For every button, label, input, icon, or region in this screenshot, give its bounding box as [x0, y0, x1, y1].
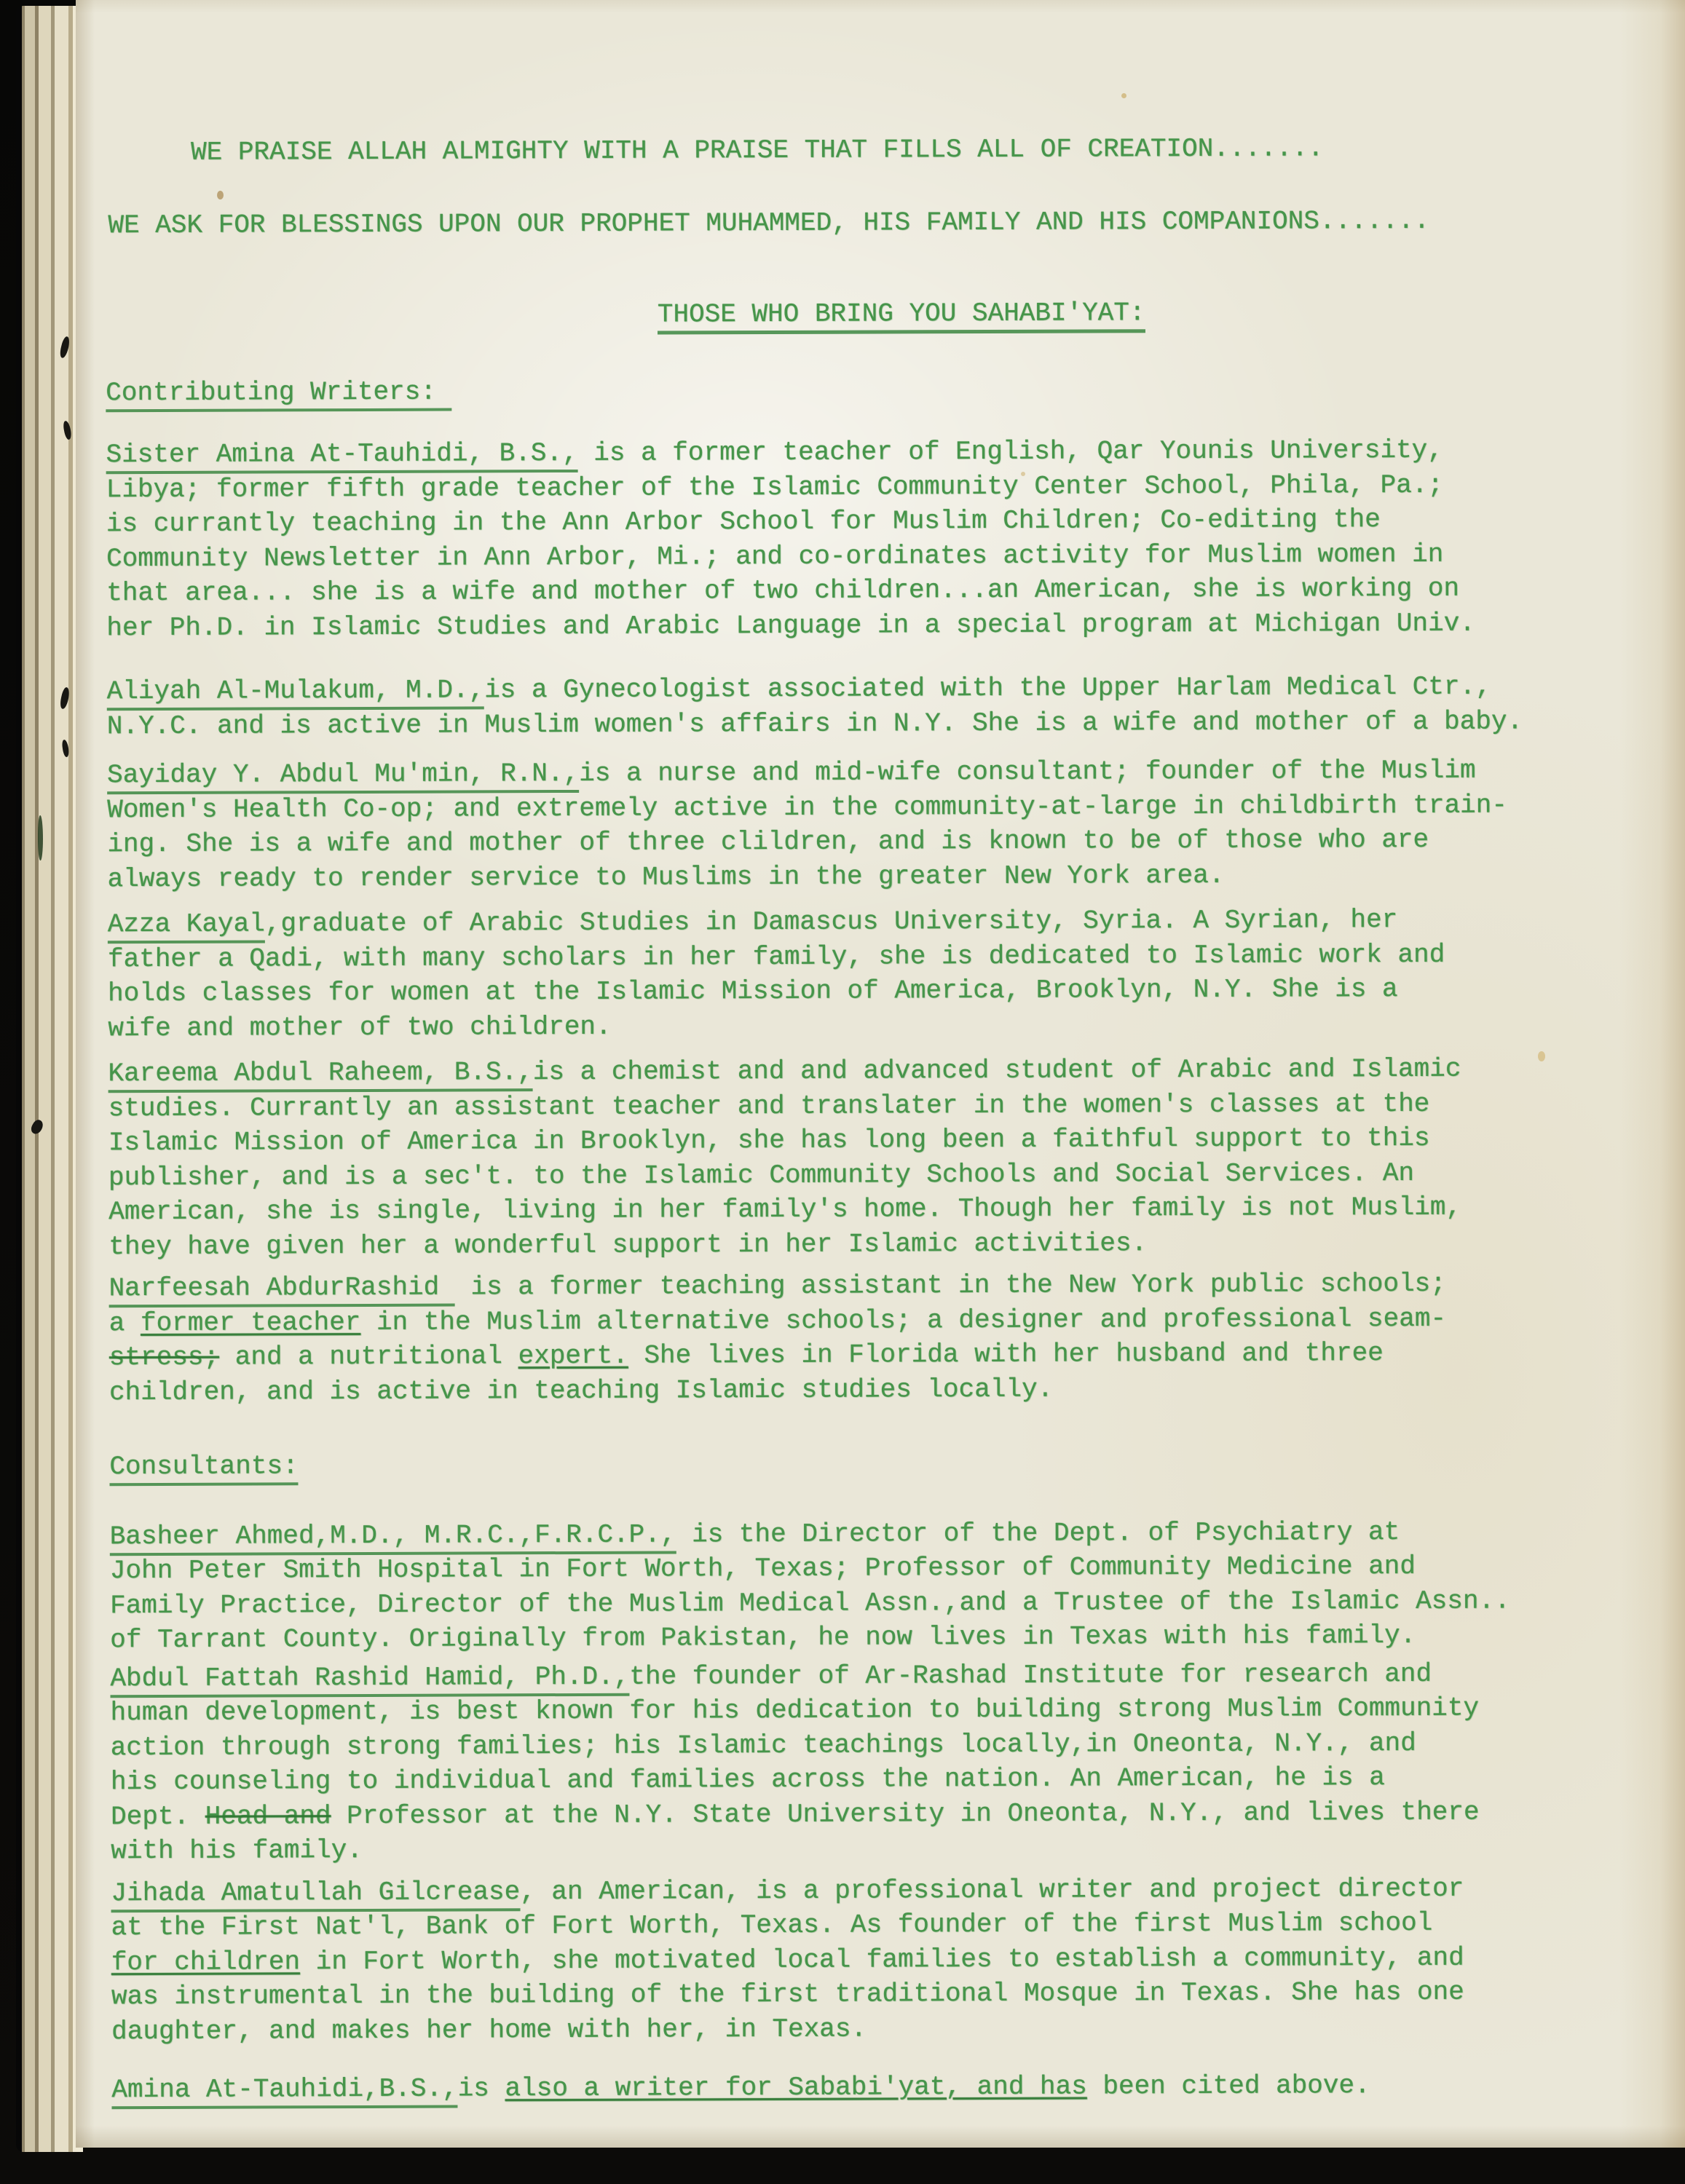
blessings-line: WE ASK FOR BLESSINGS UPON OUR PROPHET MU…	[108, 202, 1685, 242]
paper-stain	[1021, 472, 1025, 476]
bio-paragraph-azza-kayal: Azza Kayal,graduate of Arabic Studies in…	[108, 902, 1685, 1046]
bio-text: in the Muslim alternative schools; a des…	[360, 1303, 1446, 1337]
bio-paragraph-aliyah-al-mulakum: Aliyah Al-Mulakum, M.D.,is a Gynecologis…	[107, 669, 1685, 744]
bio-name-underlined: Azza Kayal	[108, 909, 265, 943]
bio-text: and a nutritional	[219, 1341, 518, 1372]
page-stack-edges	[16, 6, 83, 2152]
bio-name-underlined: Jihada Amatullah Gilcrease	[111, 1877, 520, 1912]
bio-name-underlined: Abdul Fattah Rashid Hamid, Ph.D.,	[110, 1661, 629, 1697]
page-title-text: THOSE WHO BRING YOU SAHABI'YAT:	[658, 298, 1145, 334]
praise-line: WE PRAISE ALLAH ALMIGHTY WITH A PRAISE T…	[191, 130, 1685, 170]
section-heading: Contributing Writers:	[106, 370, 1685, 410]
bio-text: been cited above.	[1087, 2070, 1370, 2101]
typewritten-content: WE PRAISE ALLAH ALMIGHTY WITH A PRAISE T…	[104, 0, 1685, 2108]
bio-text: for children	[111, 1947, 300, 1977]
bio-paragraph-sayiday-abdul-mumin: Sayiday Y. Abdul Mu'min, R.N.,is a nurse…	[107, 753, 1685, 897]
binding-mark	[38, 815, 43, 860]
bio-text: stress;	[109, 1342, 219, 1373]
bio-text: in Fort Worth, she motivated local famil…	[111, 1942, 1464, 2046]
bio-text: is	[458, 2073, 505, 2103]
bio-name-underlined: Sayiday Y. Abdul Mu'min, R.N.,	[107, 759, 579, 794]
bio-name-underlined: Amina At-Tauhidi,B.S.,	[111, 2074, 457, 2110]
bio-paragraph-narfeesah-abdurrashid: Narfeesah AbdurRashid is a former teachi…	[108, 1266, 1685, 1410]
section-heading-text: Consultants:	[109, 1451, 298, 1486]
document-page: WE PRAISE ALLAH ALMIGHTY WITH A PRAISE T…	[76, 0, 1685, 2148]
bio-paragraph-amina-at-tauhidi-citation: Amina At-Tauhidi,B.S.,is also a writer f…	[111, 2068, 1685, 2108]
bio-paragraph-sister-amina-at-tauhidi: Sister Amina At-Tauhidi, B.S., is a form…	[106, 432, 1685, 646]
bio-name-underlined: Sister Amina At-Tauhidi, B.S.,	[106, 438, 577, 474]
paper-stain	[217, 191, 224, 199]
page-title: THOSE WHO BRING YOU SAHABI'YAT:	[658, 294, 1685, 332]
bio-paragraph-abdul-fattah-rashid-hamid: Abdul Fattah Rashid Hamid, Ph.D.,the fou…	[110, 1655, 1685, 1869]
section-heading-text: Contributing Writers:	[106, 376, 451, 412]
bio-text: ,graduate of Arabic Studies in Damascus …	[108, 905, 1445, 1043]
section-heading: Consultants:	[109, 1444, 1685, 1484]
bio-text: also a writer for Sababi'yat, and has	[505, 2072, 1086, 2104]
bio-paragraph-jihada-amatullah-gilcrease: Jihada Amatullah Gilcrease, an American,…	[111, 1870, 1685, 2049]
bio-name-underlined: Narfeesah AbdurRashid	[108, 1273, 454, 1308]
bio-name-underlined: Kareema Abdul Raheem, B.S.,	[108, 1057, 532, 1093]
scanned-book-photo: WE PRAISE ALLAH ALMIGHTY WITH A PRAISE T…	[0, 0, 1685, 2184]
bio-text: expert.	[518, 1341, 628, 1372]
bio-name-underlined: Aliyah Al-Mulakum, M.D.,	[107, 675, 485, 711]
bio-sections: Contributing Writers: Sister Amina At-Ta…	[106, 370, 1685, 2108]
bio-text: Head and	[205, 1801, 331, 1832]
bio-name-underlined: Basheer Ahmed,M.D., M.R.C.,F.R.C.P.,	[110, 1519, 676, 1556]
paper-stain	[1121, 93, 1126, 98]
bio-paragraph-basheer-ahmed: Basheer Ahmed,M.D., M.R.C.,F.R.C.P., is …	[110, 1514, 1685, 1658]
bio-text: former teacher	[141, 1307, 361, 1337]
bio-paragraph-kareema-abdul-raheem: Kareema Abdul Raheem, B.S.,is a chemist …	[108, 1051, 1685, 1265]
paper-stain	[1538, 1051, 1545, 1061]
